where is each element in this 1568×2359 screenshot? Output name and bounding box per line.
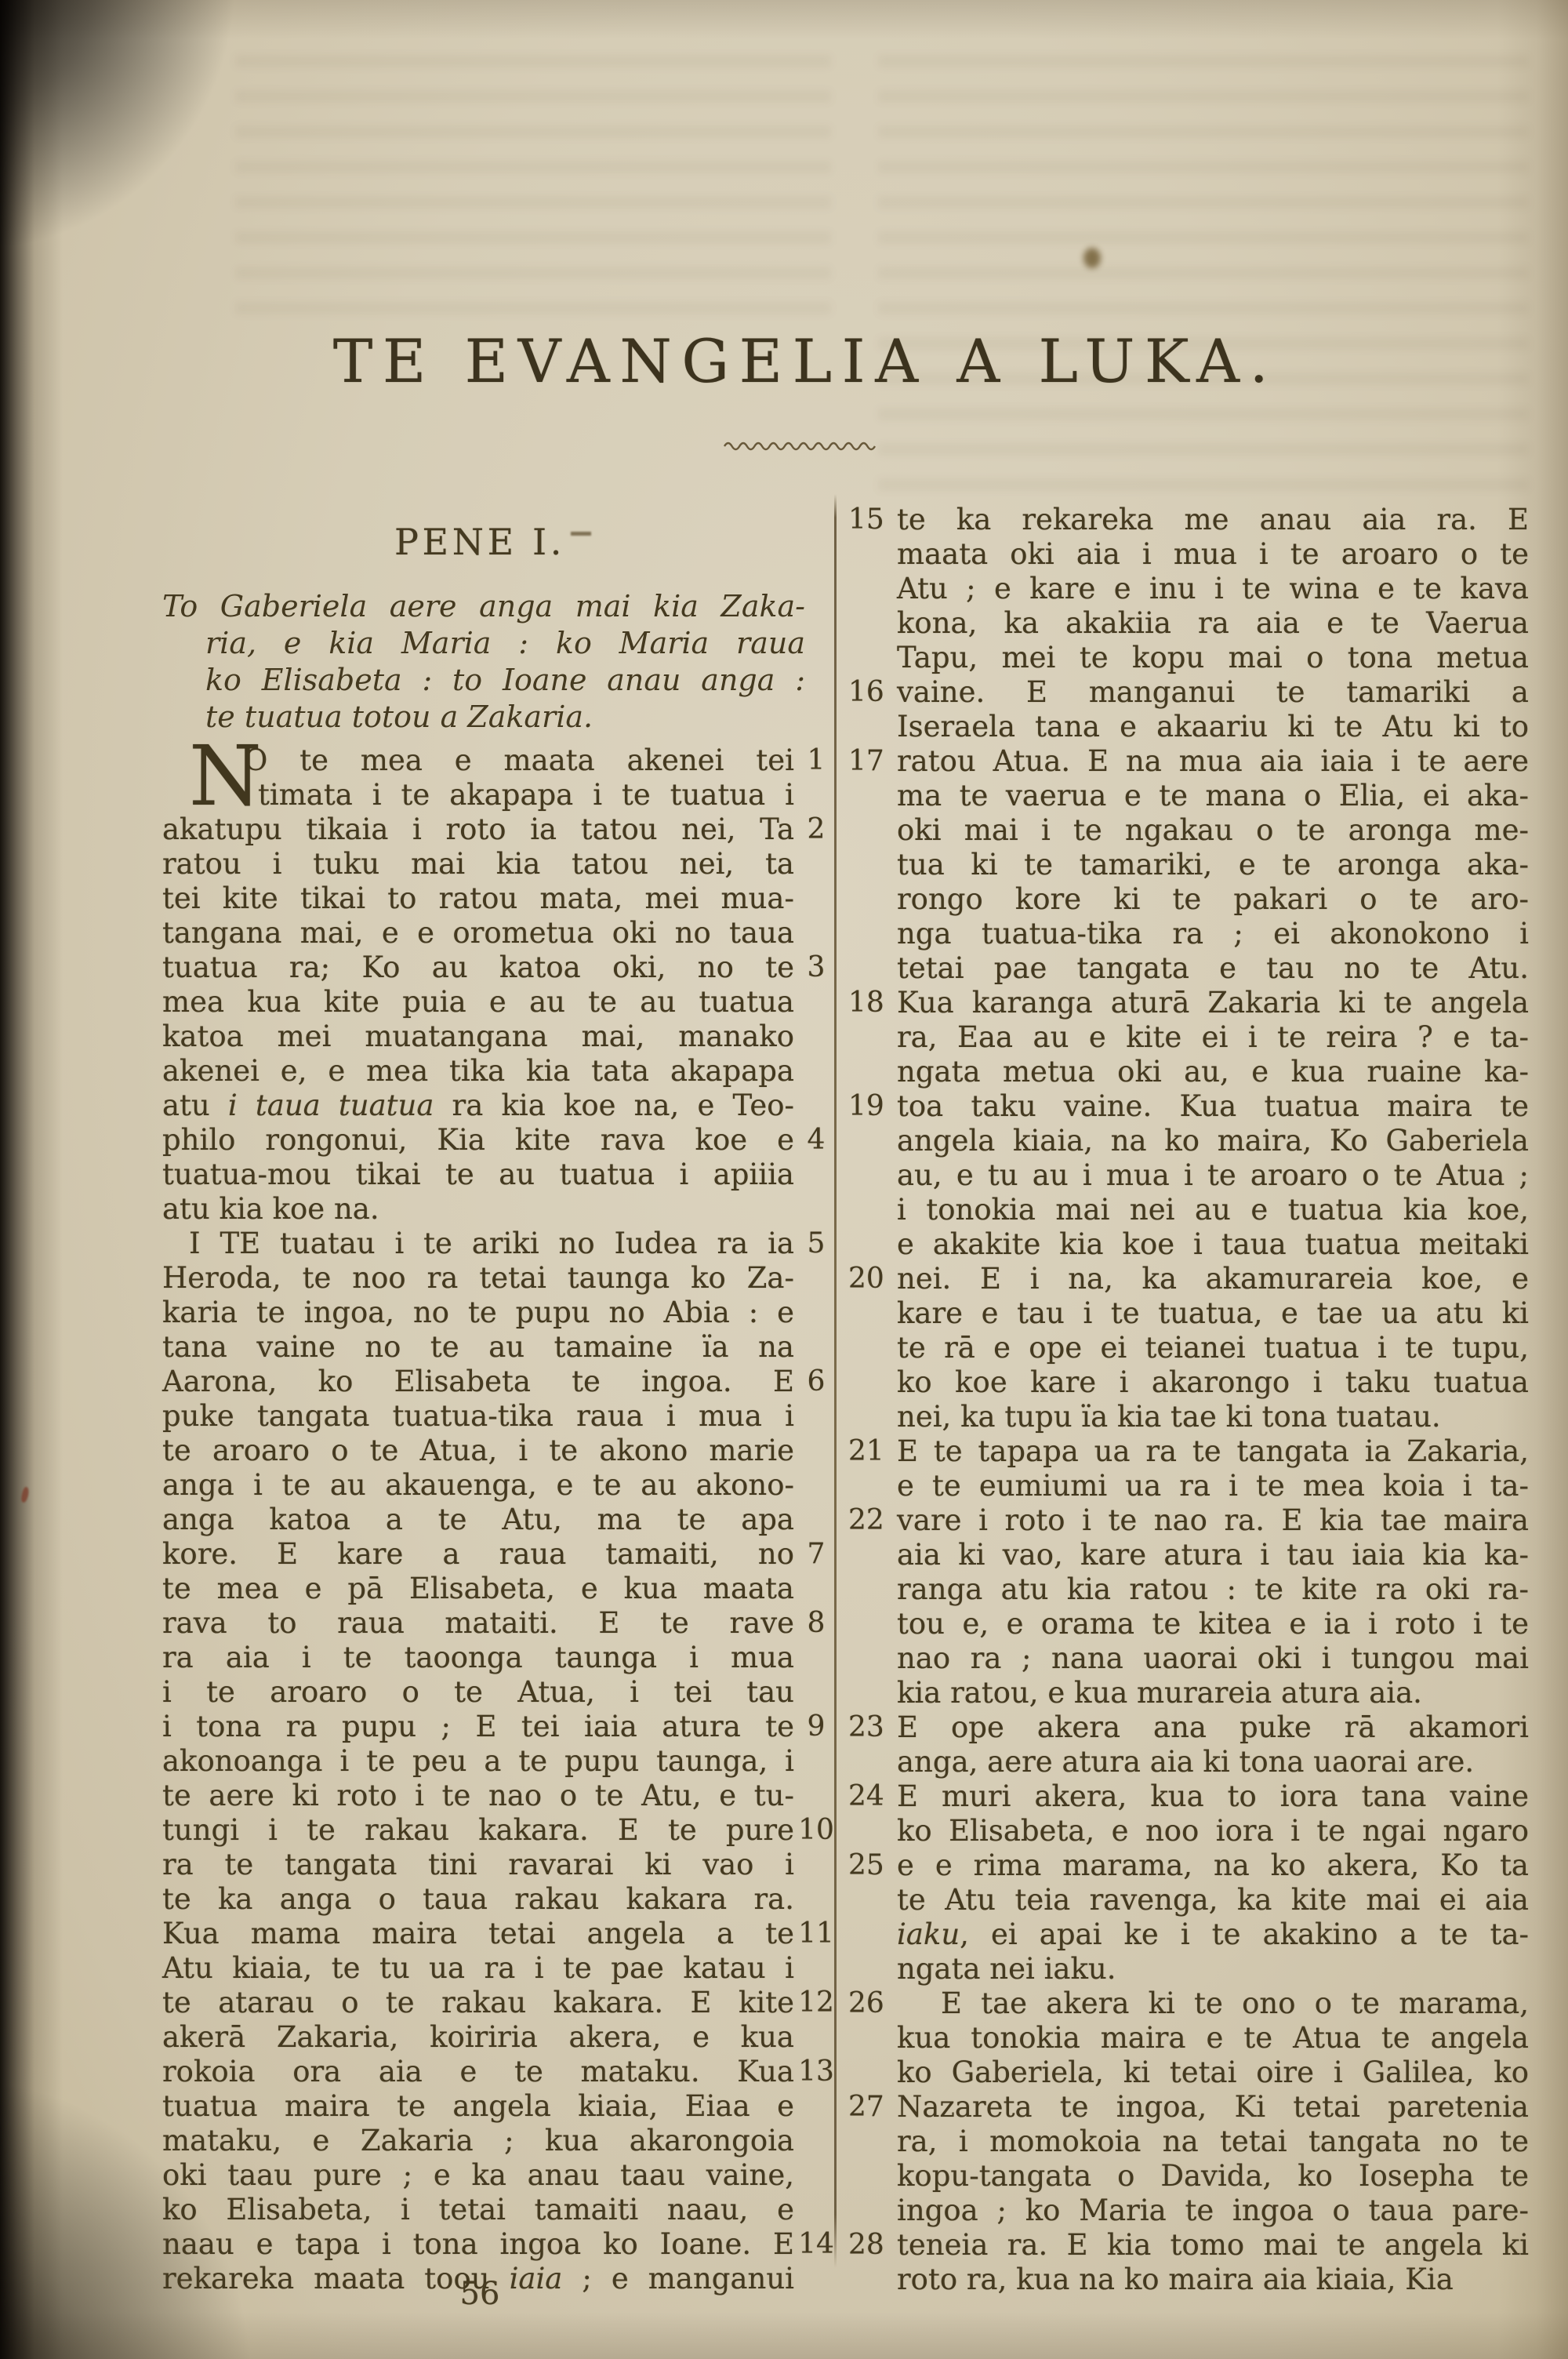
verse-number [794, 1158, 838, 1192]
verse-number: 4 [794, 1123, 838, 1158]
line-text: ingoa ; ko Maria te ingoa o taua pare- [897, 2194, 1529, 2228]
text-line: aia ki vao, kare atura i tau iaia kia ka… [845, 1538, 1529, 1572]
verse-number [794, 1399, 838, 1434]
verse-number [845, 1365, 897, 1400]
line-text: anga i te au akauenga, e te au akono- [162, 1468, 794, 1503]
text-run: tua ki te tamariki, e te aronga aka- [897, 848, 1529, 881]
text-run: akerā Zakaria, koiriria akera, e kua [162, 2020, 794, 2054]
line-text: ranga atu kia ratou : te kite ra oki ra- [897, 1572, 1529, 1607]
text-line: te ka anga o taua rakau kakara ra. [162, 1882, 838, 1917]
line-text: aia ki vao, kare atura i tau iaia kia ka… [897, 1538, 1529, 1572]
text-line: ra aia i te taoonga taunga i mua [162, 1641, 838, 1675]
verse-number [845, 779, 897, 813]
verse-number [794, 1641, 838, 1675]
text-line: tuatua maira te angela kiaia, Eiaa e [162, 2089, 838, 2124]
text-run: te mea e pā Elisabeta, e kua maata [162, 1572, 794, 1605]
verse-number [845, 606, 897, 641]
line-text: e akakite kia koe i taua tuatua meitaki [897, 1227, 1529, 1262]
text-line: atu kia koe na. [162, 1192, 838, 1227]
verse-number: 19 [845, 1089, 897, 1124]
line-text: ko koe kare i akarongo i taku tuatua [897, 1365, 1529, 1400]
verse-number: 2 [794, 812, 838, 847]
text-line: kia ratou, e kua murareia atura aia. [845, 1676, 1529, 1710]
text-run: kare e tau i te tuatua, e tae ua atu ki [897, 1296, 1529, 1330]
text-run: ingoa ; ko Maria te ingoa o taua pare- [897, 2194, 1529, 2227]
text-line: Atu kiaia, te tu ua ra i te pae katau i [162, 1951, 838, 1986]
text-run: ra, i momokoia na tetai tangata no te [897, 2125, 1529, 2158]
text-line: timata i te akapapa i te tuatua i [162, 778, 838, 812]
scanned-book-page: { "page": { "title": "TE EVANGELIA A LUK… [0, 0, 1568, 2359]
verse-number [845, 1296, 897, 1331]
right-text-column: 15te ka rekareka me anau aia ra. Emaata … [845, 503, 1529, 2297]
dropcap-initial: N [189, 737, 262, 816]
text-line: i tona ra pupu ; E tei iaia atura te9 [162, 1710, 838, 1744]
line-text: kore. E kare a raua tamaiti, no [162, 1537, 794, 1572]
text-run: te Atu teia ravenga, ka kite mai ei aia [897, 1883, 1529, 1917]
text-run: tuatua-mou tikai te au tuatua i apiiia [162, 1158, 794, 1191]
line-text: iaku, ei apai ke i te akakino a te ta- [897, 1917, 1529, 1952]
verse-number [794, 1882, 838, 1917]
line-text: tuatua ra; Ko au katoa oki, no te [162, 951, 794, 985]
italic-run: iaku [897, 1917, 960, 1951]
line-text: tungi i te rakau kakara. E te pure [162, 1813, 794, 1848]
verse-number [794, 2262, 838, 2296]
text-run: te ka anga o taua rakau kakara ra. [162, 1882, 794, 1916]
line-text: I TE tuatau i te ariki no Iudea ra ia [162, 1227, 794, 1261]
text-run: kia ratou, e kua murareia atura aia. [897, 1676, 1422, 1710]
line-text: angela kiaia, na ko maira, Ko Gaberiela [897, 1124, 1529, 1158]
text-line: Iseraela tana e akaariu ki te Atu ki to [845, 710, 1529, 744]
line-text: mea kua kite puia e au te au tuatua [162, 985, 794, 1020]
text-run: tuatua ra; Ko au katoa oki, no te [162, 951, 794, 984]
verse-number [845, 1158, 897, 1193]
verse-number: 22 [845, 1503, 897, 1538]
line-text: ko Gaberiela, ki tetai oire i Galilea, k… [897, 2055, 1529, 2090]
line-text: e te eumiumi ua ra i te mea koia i ta- [897, 1469, 1529, 1503]
verse-number [845, 1124, 897, 1158]
verse-number [845, 1193, 897, 1227]
verse-number [794, 1434, 838, 1468]
text-run: E ope akera ana puke rā akamori [897, 1710, 1529, 1744]
line-text: E te tapapa ua ra te tangata ia Zakaria, [897, 1434, 1529, 1469]
text-run: anga, aere atura aia ki tona uaorai are. [897, 1745, 1474, 1779]
line-text: naau e tapa i tona ingoa ko Ioane. E [162, 2227, 794, 2262]
text-line: tetai pae tangata e tau no te Atu. [845, 951, 1529, 986]
line-text: atu i taua tuatua ra kia koe na, e Teo- [162, 1089, 794, 1123]
verse-number [845, 1400, 897, 1434]
verse-number [845, 951, 897, 986]
line-text: kona, ka akakiia ra aia e te Vaerua [897, 606, 1529, 641]
text-run: Tapu, mei te kopu mai o tona metua [897, 641, 1529, 674]
text-run: te tuatua totou a Zakaria. [205, 700, 593, 734]
text-line: 16vaine. E manganui te tamariki a [845, 675, 1529, 710]
line-text: E ope akera ana puke rā akamori [897, 1710, 1529, 1745]
text-line: i tonokia mai nei au e tuatua kia koe, [845, 1193, 1529, 1227]
verse-number: 17 [845, 744, 897, 779]
verse-number [845, 1745, 897, 1779]
verse-number [794, 1330, 838, 1365]
text-run: E muri akera, kua to iora tana vaine [897, 1779, 1529, 1813]
verse-number: 12 [794, 1986, 838, 2020]
text-line: te atarau o te rakau kakara. E kite12 [162, 1986, 838, 2020]
verse-number [845, 1883, 897, 1917]
text-line: 21E te tapapa ua ra te tangata ia Zakari… [845, 1434, 1529, 1469]
text-run: tou e, e orama te kitea e ia i roto i te [897, 1607, 1529, 1641]
text-line: 25e e rima marama, na ko akera, Ko ta [845, 1848, 1529, 1883]
verse-number [794, 2020, 838, 2055]
line-text: ratou Atua. E na mua aia iaia i te aere [897, 744, 1529, 779]
summary-line: ko Elisabeta : to Ioane anau anga : [162, 662, 805, 699]
line-text: Atu kiaia, te tu ua ra i te pae katau i [162, 1951, 794, 1986]
line-text: te Atu teia ravenga, ka kite mai ei aia [897, 1883, 1529, 1917]
line-text: Kua mama maira tetai angela a te [162, 1917, 794, 1951]
line-text: te aroaro o te Atua, i te akono marie [162, 1434, 794, 1468]
text-line: ratou i tuku mai kia tatou nei, ta [162, 847, 838, 881]
text-run: puke tangata tuatua-tika raua i mua i [162, 1399, 794, 1433]
text-run: kua tonokia maira e te Atua te angela [897, 2021, 1529, 2055]
line-text: ra, i momokoia na tetai tangata no te [897, 2125, 1529, 2159]
text-line: ngata nei iaku. [845, 1952, 1529, 1986]
line-text: rongo kore ki te pakari o te aro- [897, 882, 1529, 917]
text-line: rava to raua mataiti. E te rave8 [162, 1606, 838, 1641]
text-run: E tae akera ki te ono o te marama, [941, 1986, 1529, 2020]
line-text: toa taku vaine. Kua tuatua maira te [897, 1089, 1529, 1124]
line-text: nao ra ; nana uaorai oki i tungou mai [897, 1641, 1529, 1676]
verse-number [845, 710, 897, 744]
verse-number: 28 [845, 2228, 897, 2263]
text-line: ko koe kare i akarongo i taku tuatua [845, 1365, 1529, 1400]
text-line: 23E ope akera ana puke rā akamori [845, 1710, 1529, 1745]
verse-number [794, 778, 838, 812]
text-line: Tapu, mei te kopu mai o tona metua [845, 641, 1529, 675]
text-run: karia te ingoa, no te pupu no Abia : e [162, 1296, 794, 1329]
text-run: O te mea e maata akenei tei [244, 743, 794, 777]
verse-number [794, 2158, 838, 2193]
paper-stain [1083, 248, 1101, 268]
text-run: aia ki vao, kare atura i tau iaia kia ka… [897, 1538, 1529, 1572]
text-line: mataku, e Zakaria ; kua akarongoia [162, 2124, 838, 2158]
text-run: e e rima marama, na ko akera, Ko ta [897, 1848, 1529, 1882]
line-text: tetai pae tangata e tau no te Atu. [897, 951, 1529, 986]
text-line: karia te ingoa, no te pupu no Abia : e [162, 1296, 838, 1330]
text-run: mea kua kite puia e au te au tuatua [162, 985, 794, 1019]
text-line: te mea e pā Elisabeta, e kua maata [162, 1572, 838, 1606]
text-line: ra te tangata tini ravarai ki vao i [162, 1848, 838, 1882]
line-text: anga katoa a te Atu, ma te apa [162, 1503, 794, 1537]
text-line: nei, ka tupu ïa kia tae ki tona tuatau. [845, 1400, 1529, 1434]
text-line: te aroaro o te Atua, i te akono marie [162, 1434, 838, 1468]
text-line: 20nei. E i na, ka akamurareia koe, e [845, 1262, 1529, 1296]
verso-showthrough-top-right [878, 55, 1529, 494]
text-run: te aere ki roto i te nao o te Atu, e tu- [162, 1779, 794, 1812]
summary-line: To Gaberiela aere anga mai kia Zaka- [162, 588, 805, 625]
text-run: oki mai i te ngakau o te aronga me- [897, 813, 1529, 847]
line-text: ratou i tuku mai kia tatou nei, ta [162, 847, 794, 881]
line-text: tangana mai, e e orometua oki no taua [162, 916, 794, 951]
line-text: akonoanga i te peu a te pupu taunga, i [162, 1744, 794, 1779]
verso-showthrough-top-left [235, 55, 831, 329]
verse-number [794, 2089, 838, 2124]
text-line: roto ra, kua na ko maira aia kiaia, Kia [845, 2263, 1529, 2297]
verse-number [794, 1054, 838, 1089]
text-run: teneia ra. E kia tomo mai te angela ki [897, 2228, 1529, 2262]
line-text: E muri akera, kua to iora tana vaine [897, 1779, 1529, 1814]
text-run: akenei e, e mea tika kia tata akapapa [162, 1054, 794, 1088]
line-text: Nazareta te ingoa, Ki tetai paretenia [897, 2090, 1529, 2125]
verse-number [845, 572, 897, 606]
line-text: tana vaine no te au tamaine ïa na [162, 1330, 794, 1365]
line-text: vaine. E manganui te tamariki a [897, 675, 1529, 710]
text-line: 19toa taku vaine. Kua tuatua maira te [845, 1089, 1529, 1124]
verse-number [794, 2124, 838, 2158]
text-run: katoa mei muatangana mai, manako [162, 1020, 794, 1053]
line-text: ra, Eaa au e kite ei i te reira ? e ta- [897, 1020, 1529, 1055]
text-line: puke tangata tuatua-tika raua i mua i [162, 1399, 838, 1434]
page-number: 56 [162, 2276, 797, 2312]
verse-number [794, 1744, 838, 1779]
text-run: tetai pae tangata e tau no te Atu. [897, 951, 1529, 985]
line-text: tua ki te tamariki, e te aronga aka- [897, 848, 1529, 882]
line-text: tei kite tikai to ratou mata, mei mua- [162, 881, 794, 916]
text-run: maata oki aia i mua i te aroaro o te [897, 537, 1529, 571]
verse-number [845, 1814, 897, 1848]
line-text: te atarau o te rakau kakara. E kite [162, 1986, 794, 2020]
chapter-summary-italic: To Gaberiela aere anga mai kia Zaka-ria,… [162, 588, 805, 736]
verse-number: 1 [794, 743, 838, 778]
line-text: akerā Zakaria, koiriria akera, e kua [162, 2020, 794, 2055]
text-line: 28teneia ra. E kia tomo mai te angela ki [845, 2228, 1529, 2263]
text-run: mataku, e Zakaria ; kua akarongoia [162, 2124, 794, 2157]
text-line: tuatua ra; Ko au katoa oki, no te3 [162, 951, 838, 985]
text-line: nga tuatua-tika ra ; ei akonokono i [845, 917, 1529, 951]
text-run: oki taau pure ; e ka anau taau vaine, [162, 2158, 794, 2192]
verse-number [794, 881, 838, 916]
verse-number [845, 537, 897, 572]
text-line: kare e tau i te tuatua, e tae ua atu ki [845, 1296, 1529, 1331]
line-text: ko Elisabeta, e noo iora i te ngai ngaro [897, 1814, 1529, 1848]
line-text: karia te ingoa, no te pupu no Abia : e [162, 1296, 794, 1330]
text-line: rongo kore ki te pakari o te aro- [845, 882, 1529, 917]
text-line: kona, ka akakiia ra aia e te Vaerua [845, 606, 1529, 641]
verse-number [845, 848, 897, 882]
text-run: naau e tapa i tona ingoa ko Ioane. E [162, 2227, 794, 2261]
text-line: oki mai i te ngakau o te aronga me- [845, 813, 1529, 848]
verse-number [845, 1952, 897, 1986]
verse-number [794, 1779, 838, 1813]
line-text: te ka rekareka me anau aia ra. E [897, 503, 1529, 537]
line-text: teneia ra. E kia tomo mai te angela ki [897, 2228, 1529, 2263]
verse-number: 14 [794, 2227, 838, 2262]
line-text: i tona ra pupu ; E tei iaia atura te [162, 1710, 794, 1744]
text-run: rava to raua mataiti. E te rave [162, 1606, 794, 1640]
verse-number [845, 1538, 897, 1572]
line-text: ko Elisabeta, i tetai tamaiti naau, e [162, 2193, 794, 2227]
verse-number [794, 1951, 838, 1986]
verse-number [845, 1676, 897, 1710]
line-text: oki mai i te ngakau o te aronga me- [897, 813, 1529, 848]
text-line: tou e, e orama te kitea e ia i roto i te [845, 1607, 1529, 1641]
text-line: i te aroaro o te Atua, i tei tau [162, 1675, 838, 1710]
text-run: Iseraela tana e akaariu ki te Atu ki to [897, 710, 1529, 743]
text-run: Atu kiaia, te tu ua ra i te pae katau i [162, 1951, 794, 1985]
line-text: Kua karanga aturā Zakaria ki te angela [897, 986, 1529, 1020]
text-run: Nazareta te ingoa, Ki tetai paretenia [897, 2090, 1529, 2124]
book-title: TE EVANGELIA A LUKA. [0, 326, 1568, 396]
text-run: nao ra ; nana uaorai oki i tungou mai [897, 1641, 1529, 1675]
stray-ink-mark [20, 1486, 31, 1503]
line-text: katoa mei muatangana mai, manako [162, 1020, 794, 1054]
verse-number [794, 1675, 838, 1710]
text-line: iaku, ei apai ke i te akakino a te ta- [845, 1917, 1529, 1952]
text-run: ra aia i te taoonga taunga i mua [162, 1641, 794, 1674]
text-line: oki taau pure ; e ka anau taau vaine, [162, 2158, 838, 2193]
verse-number [794, 847, 838, 881]
text-line: ngata metua oki au, e kua ruaine ka- [845, 1055, 1529, 1089]
line-text: kua tonokia maira e te Atua te angela [897, 2021, 1529, 2055]
verse-number: 6 [794, 1365, 838, 1399]
text-run: Atu ; e kare e inu i te wina e te kava [897, 572, 1529, 605]
line-text: rokoia ora aia e te mataku. Kua [162, 2055, 794, 2089]
text-line: 27Nazareta te ingoa, Ki tetai paretenia [845, 2090, 1529, 2125]
verse-number: 23 [845, 1710, 897, 1745]
verse-number [845, 1020, 897, 1055]
line-text: te mea e pā Elisabeta, e kua maata [162, 1572, 794, 1606]
text-run: ra kia koe na, e Teo- [434, 1089, 794, 1122]
line-text: ngata metua oki au, e kua ruaine ka- [897, 1055, 1529, 1089]
text-run: tangana mai, e e orometua oki no taua [162, 916, 794, 950]
text-run: i te aroaro o te Atua, i tei tau [162, 1675, 794, 1709]
text-run: ra te tangata tini ravarai ki vao i [162, 1848, 794, 1881]
line-text: tou e, e orama te kitea e ia i roto i te [897, 1607, 1529, 1641]
verse-number: 21 [845, 1434, 897, 1469]
verse-number [845, 813, 897, 848]
line-text: tuatua-mou tikai te au tuatua i apiiia [162, 1158, 794, 1192]
text-run: Aarona, ko Elisabeta te ingoa. E [162, 1365, 794, 1398]
verse-number [845, 1227, 897, 1262]
verse-number [845, 1469, 897, 1503]
verse-number [794, 2193, 838, 2227]
line-text: philo rongonui, Kia kite rava koe e [162, 1123, 794, 1158]
verse-number [845, 882, 897, 917]
text-line: ko Elisabeta, i tetai tamaiti naau, e [162, 2193, 838, 2227]
line-text: ra aia i te taoonga taunga i mua [162, 1641, 794, 1675]
text-line: Atu ; e kare e inu i te wina e te kava [845, 572, 1529, 606]
verse-number [845, 1572, 897, 1607]
text-run: tei kite tikai to ratou mata, mei mua- [162, 881, 794, 915]
line-text: te aere ki roto i te nao o te Atu, e tu- [162, 1779, 794, 1813]
wavy-rule-ornament [723, 439, 883, 455]
text-line: Kua mama maira tetai angela a te11 [162, 1917, 838, 1951]
text-line: tei kite tikai to ratou mata, mei mua- [162, 881, 838, 916]
text-line: anga katoa a te Atu, ma te apa [162, 1503, 838, 1537]
text-run: ko Gaberiela, ki tetai oire i Galilea, k… [897, 2055, 1529, 2089]
verse-number: 9 [794, 1710, 838, 1744]
line-text: au, e tu au i mua i te aroaro o te Atua … [897, 1158, 1529, 1193]
text-run: ranga atu kia ratou : te kite ra oki ra- [897, 1572, 1529, 1606]
text-run: Heroda, te noo ra tetai taunga ko Za- [162, 1261, 794, 1295]
line-text: Iseraela tana e akaariu ki te Atu ki to [897, 710, 1529, 744]
text-line: I TE tuatau i te ariki no Iudea ra ia5 [162, 1227, 838, 1261]
line-text: kopu-tangata o Davida, ko Iosepha te [897, 2159, 1529, 2194]
text-run: Kua karanga aturā Zakaria ki te angela [897, 986, 1529, 1020]
summary-line: ria, e kia Maria : ko Maria raua [162, 625, 805, 662]
verse-number [794, 1192, 838, 1227]
text-line: ranga atu kia ratou : te kite ra oki ra- [845, 1572, 1529, 1607]
text-run: ko Elisabeta, e noo iora i te ngai ngaro [897, 1814, 1529, 1848]
verse-number [845, 2055, 897, 2090]
text-line: ra, Eaa au e kite ei i te reira ? e ta- [845, 1020, 1529, 1055]
text-run: E te tapapa ua ra te tangata ia Zakaria, [897, 1434, 1529, 1468]
verse-number: 3 [794, 951, 838, 985]
text-run: anga katoa a te Atu, ma te apa [162, 1503, 794, 1536]
verse-number: 11 [794, 1917, 838, 1951]
line-text: oki taau pure ; e ka anau taau vaine, [162, 2158, 794, 2193]
text-run: nga tuatua-tika ra ; ei akonokono i [897, 917, 1529, 951]
text-line: tua ki te tamariki, e te aronga aka- [845, 848, 1529, 882]
verse-number [845, 917, 897, 951]
text-line: philo rongonui, Kia kite rava koe e4 [162, 1123, 838, 1158]
text-line: te aere ki roto i te nao o te Atu, e tu- [162, 1779, 838, 1813]
text-run: te atarau o te rakau kakara. E kite [162, 1986, 794, 2019]
verse-number [794, 1089, 838, 1123]
text-run: atu [162, 1089, 228, 1122]
text-run: e te eumiumi ua ra i te mea koia i ta- [897, 1469, 1529, 1503]
text-run: ria, e kia Maria : ko Maria raua [205, 626, 805, 660]
line-text: Tapu, mei te kopu mai o tona metua [897, 641, 1529, 675]
text-line: rokoia ora aia e te mataku. Kua13 [162, 2055, 838, 2089]
text-run: ra, Eaa au e kite ei i te reira ? e ta- [897, 1020, 1529, 1054]
text-run: te aroaro o te Atua, i te akono marie [162, 1434, 794, 1467]
text-run: nei, ka tupu ïa kia tae ki tona tuatau. [897, 1400, 1441, 1434]
italic-run: i taua tuatua [228, 1089, 434, 1122]
text-line: anga, aere atura aia ki tona uaorai are. [845, 1745, 1529, 1779]
text-line: mea kua kite puia e au te au tuatua [162, 985, 838, 1020]
text-line: katoa mei muatangana mai, manako [162, 1020, 838, 1054]
verse-number: 18 [845, 986, 897, 1020]
text-line: 15te ka rekareka me anau aia ra. E [845, 503, 1529, 537]
text-line: te rā e ope ei teianei tuatua i te tupu, [845, 1331, 1529, 1365]
text-run: tuatua maira te angela kiaia, Eiaa e [162, 2089, 794, 2123]
text-run: ngata nei iaku. [897, 1952, 1116, 1986]
verse-number: 13 [794, 2055, 838, 2089]
text-run: akonoanga i te peu a te pupu taunga, i [162, 1744, 794, 1778]
line-text: nga tuatua-tika ra ; ei akonokono i [897, 917, 1529, 951]
line-text: anga, aere atura aia ki tona uaorai are. [897, 1745, 1529, 1779]
text-line: 22vare i roto i te nao ra. E kia tae mai… [845, 1503, 1529, 1538]
verse-number: 5 [794, 1227, 838, 1261]
line-text: tuatua maira te angela kiaia, Eiaa e [162, 2089, 794, 2124]
text-run: i tonokia mai nei au e tuatua kia koe, [897, 1193, 1529, 1227]
text-run: , ei apai ke i te akakino a te ta- [960, 1917, 1529, 1951]
text-line: e te eumiumi ua ra i te mea koia i ta- [845, 1469, 1529, 1503]
text-line: ma te vaerua e te mana o Elia, ei aka- [845, 779, 1529, 813]
text-line: tuatua-mou tikai te au tuatua i apiiia [162, 1158, 838, 1192]
verse-number [794, 1572, 838, 1606]
text-line: Heroda, te noo ra tetai taunga ko Za- [162, 1261, 838, 1296]
verse-number [845, 2263, 897, 2297]
chapter-heading: PENE I. [162, 521, 797, 563]
verse-number [845, 2159, 897, 2194]
text-line: ra, i momokoia na tetai tangata no te [845, 2125, 1529, 2159]
line-text: i te aroaro o te Atua, i tei tau [162, 1675, 794, 1710]
line-text: E tae akera ki te ono o te marama, [897, 1986, 1529, 2021]
text-run: atu kia koe na. [162, 1192, 379, 1226]
line-text: Aarona, ko Elisabeta te ingoa. E [162, 1365, 794, 1399]
text-run: ma te vaerua e te mana o Elia, ei aka- [897, 779, 1529, 812]
text-run: tungi i te rakau kakara. E te pure [162, 1813, 794, 1847]
text-line: Aarona, ko Elisabeta te ingoa. E6 [162, 1365, 838, 1399]
verse-number [794, 1261, 838, 1296]
